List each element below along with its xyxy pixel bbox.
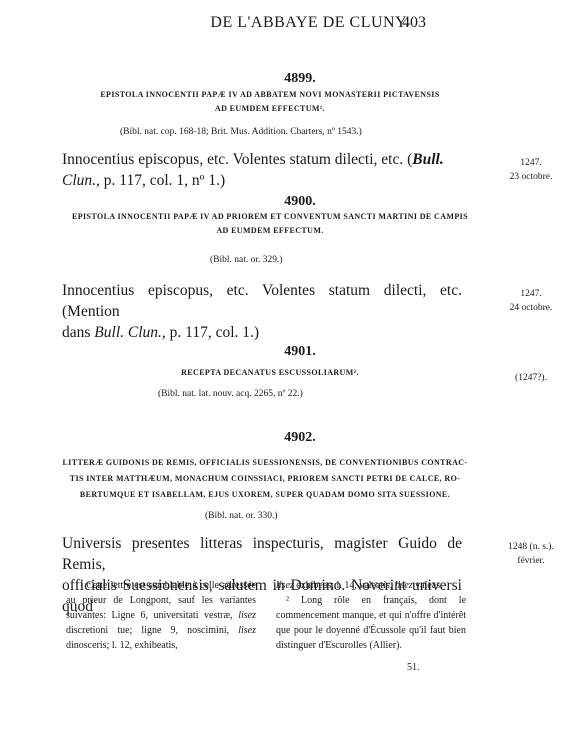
entry-date-4901: (1247?). bbox=[486, 371, 576, 385]
signature-mark: 51. bbox=[407, 662, 420, 673]
page-number: 403 bbox=[402, 14, 426, 32]
footnote-2: ² Long rôle en français, dont le commenc… bbox=[276, 593, 466, 653]
title-line: TIS INTER MATTHÆUM, MONACHUM COINSSIACI,… bbox=[60, 471, 470, 487]
entry-number-4902: 4902. bbox=[0, 430, 580, 446]
entry-date-4902: 1248 (n. s.). février. bbox=[486, 540, 576, 568]
title-line: EPISTOLA INNOCENTII PAPÆ IV AD PRIOREM E… bbox=[55, 210, 485, 224]
entry-date-4899: 1247. 23 octobre. bbox=[486, 156, 576, 184]
title-line: LITTERÆ GUIDONIS DE REMIS, OFFICIALIS SU… bbox=[60, 455, 470, 471]
running-title: DE L'ABBAYE DE CLUNY. bbox=[0, 14, 580, 32]
entry-source-4902: (Bibl. nat. or. 330.) bbox=[205, 511, 278, 521]
entry-source-4899: (Bibl. nat. cop. 168-18; Brit. Mus. Addi… bbox=[120, 127, 362, 137]
footnote-1-continued: lisez exhibeas; l. 14, valeatis, lisez v… bbox=[276, 578, 466, 653]
entry-title-4899: EPISTOLA INNOCENTII PAPÆ IV AD ABBATEM N… bbox=[70, 88, 470, 116]
title-line: AD EUMDEM EFFECTUM¹. bbox=[70, 102, 470, 116]
entry-title-4900: EPISTOLA INNOCENTII PAPÆ IV AD PRIOREM E… bbox=[55, 210, 485, 238]
entry-title-4901: RECEPTA DECANATUS ESCUSSOLIARUM². bbox=[70, 366, 470, 380]
title-line: AD EUMDEM EFFECTUM. bbox=[55, 224, 485, 238]
title-line: EPISTOLA INNOCENTII PAPÆ IV AD ABBATEM N… bbox=[70, 88, 470, 102]
title-line: BERTUMQUE ET ISABELLAM, EJUS UXOREM, SUP… bbox=[60, 487, 470, 503]
entry-number-4899: 4899. bbox=[0, 71, 580, 87]
footnote-1: ¹ Cette lettre est semblable à celle adr… bbox=[66, 578, 256, 653]
entry-number-4901: 4901. bbox=[0, 344, 580, 360]
entry-source-4900: (Bibl. nat. or. 329.) bbox=[210, 255, 283, 265]
entry-text-4899: Innocentius episcopus, etc. Volentes sta… bbox=[62, 149, 462, 191]
entry-text-4900: Innocentius episcopus, etc. Volentes sta… bbox=[62, 280, 462, 343]
entry-date-4900: 1247. 24 octobre. bbox=[486, 287, 576, 315]
title-line: RECEPTA DECANATUS ESCUSSOLIARUM². bbox=[70, 366, 470, 380]
entry-source-4901: (Bibl. nat. lat. nouv. acq. 2265, nº 22.… bbox=[158, 389, 303, 399]
entry-title-4902: LITTERÆ GUIDONIS DE REMIS, OFFICIALIS SU… bbox=[60, 455, 470, 503]
entry-number-4900: 4900. bbox=[0, 194, 580, 210]
